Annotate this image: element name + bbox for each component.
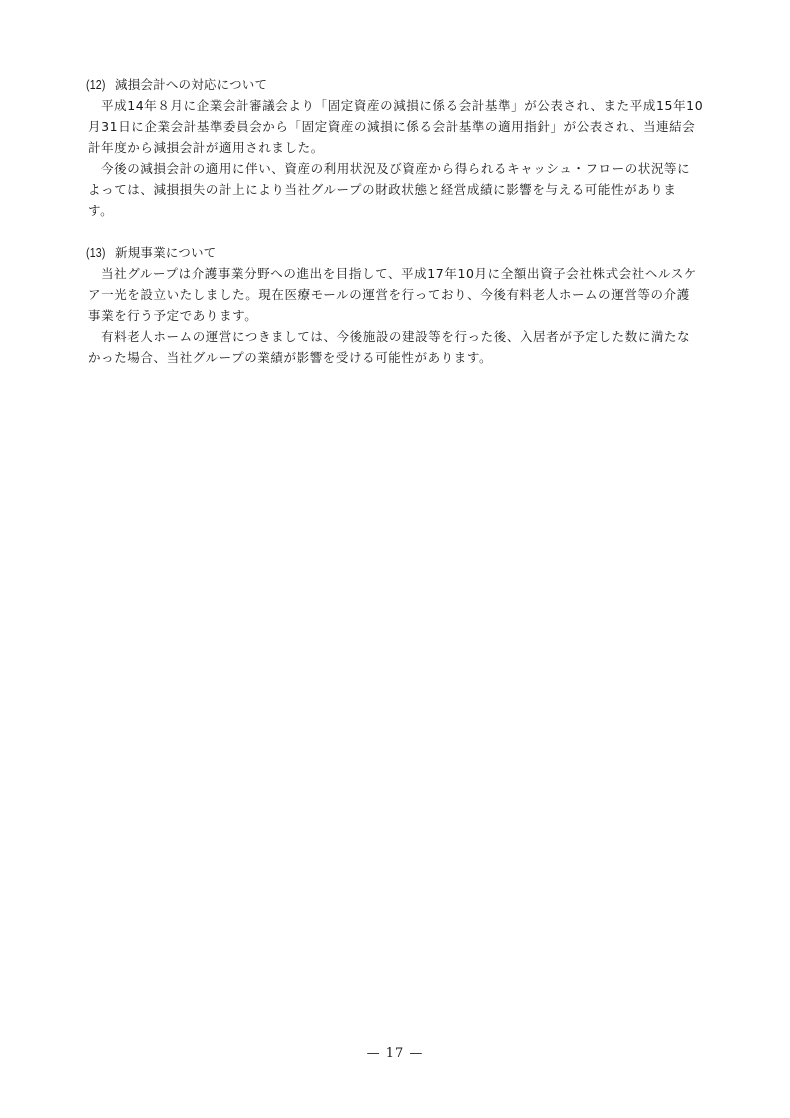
paragraph: 当社グループは介護事業分野への進出を目指して、平成17年10月に全額出資子会社株… <box>88 263 726 326</box>
section-new-business: (13)新規事業について 当社グループは介護事業分野への進出を目指して、平成17… <box>86 242 726 368</box>
paragraph-line: す。 <box>88 200 726 221</box>
document-page: (12)減損会計への対応について 平成14年８月に企業会計審議会より「固定資産の… <box>0 0 790 1118</box>
section-impairment-accounting: (12)減損会計への対応について 平成14年８月に企業会計審議会より「固定資産の… <box>86 74 726 221</box>
section-number: (12) <box>86 75 106 96</box>
paragraph-line: ア一光を設立いたしました。現在医療モールの運営を行っており、今後有料老人ホームの… <box>88 284 726 305</box>
paragraph-line: 事業を行う予定であります。 <box>88 305 726 326</box>
paragraph-line: 月31日に企業会計基準委員会から「固定資産の減損に係る会計基準の適用指針」が公表… <box>88 116 726 137</box>
section-heading: (13)新規事業について <box>86 242 726 263</box>
paragraph-line: かった場合、当社グループの業績が影響を受ける可能性があります。 <box>88 347 726 368</box>
section-number: (13) <box>86 243 106 264</box>
paragraph-line: 平成14年８月に企業会計審議会より「固定資産の減損に係る会計基準」が公表され、ま… <box>88 95 726 116</box>
section-title: 減損会計への対応について <box>115 77 267 92</box>
paragraph-line: 計年度から減損会計が適用されました。 <box>88 137 726 158</box>
paragraph-line: よっては、減損損失の計上により当社グループの財政状態と経営成績に影響を与える可能… <box>88 179 726 200</box>
paragraph-line: 有料老人ホームの運営につきましては、今後施設の建設等を行った後、入居者が予定した… <box>88 326 726 347</box>
paragraph: 今後の減損会計の適用に伴い、資産の利用状況及び資産から得られるキャッシュ・フロー… <box>88 158 726 221</box>
paragraph-line: 当社グループは介護事業分野への進出を目指して、平成17年10月に全額出資子会社株… <box>88 263 726 284</box>
section-title: 新規事業について <box>115 245 216 260</box>
page-number: — 17 — <box>0 1046 790 1061</box>
paragraph: 平成14年８月に企業会計審議会より「固定資産の減損に係る会計基準」が公表され、ま… <box>88 95 726 158</box>
paragraph-line: 今後の減損会計の適用に伴い、資産の利用状況及び資産から得られるキャッシュ・フロー… <box>88 158 726 179</box>
section-heading: (12)減損会計への対応について <box>86 74 726 95</box>
paragraph: 有料老人ホームの運営につきましては、今後施設の建設等を行った後、入居者が予定した… <box>88 326 726 368</box>
